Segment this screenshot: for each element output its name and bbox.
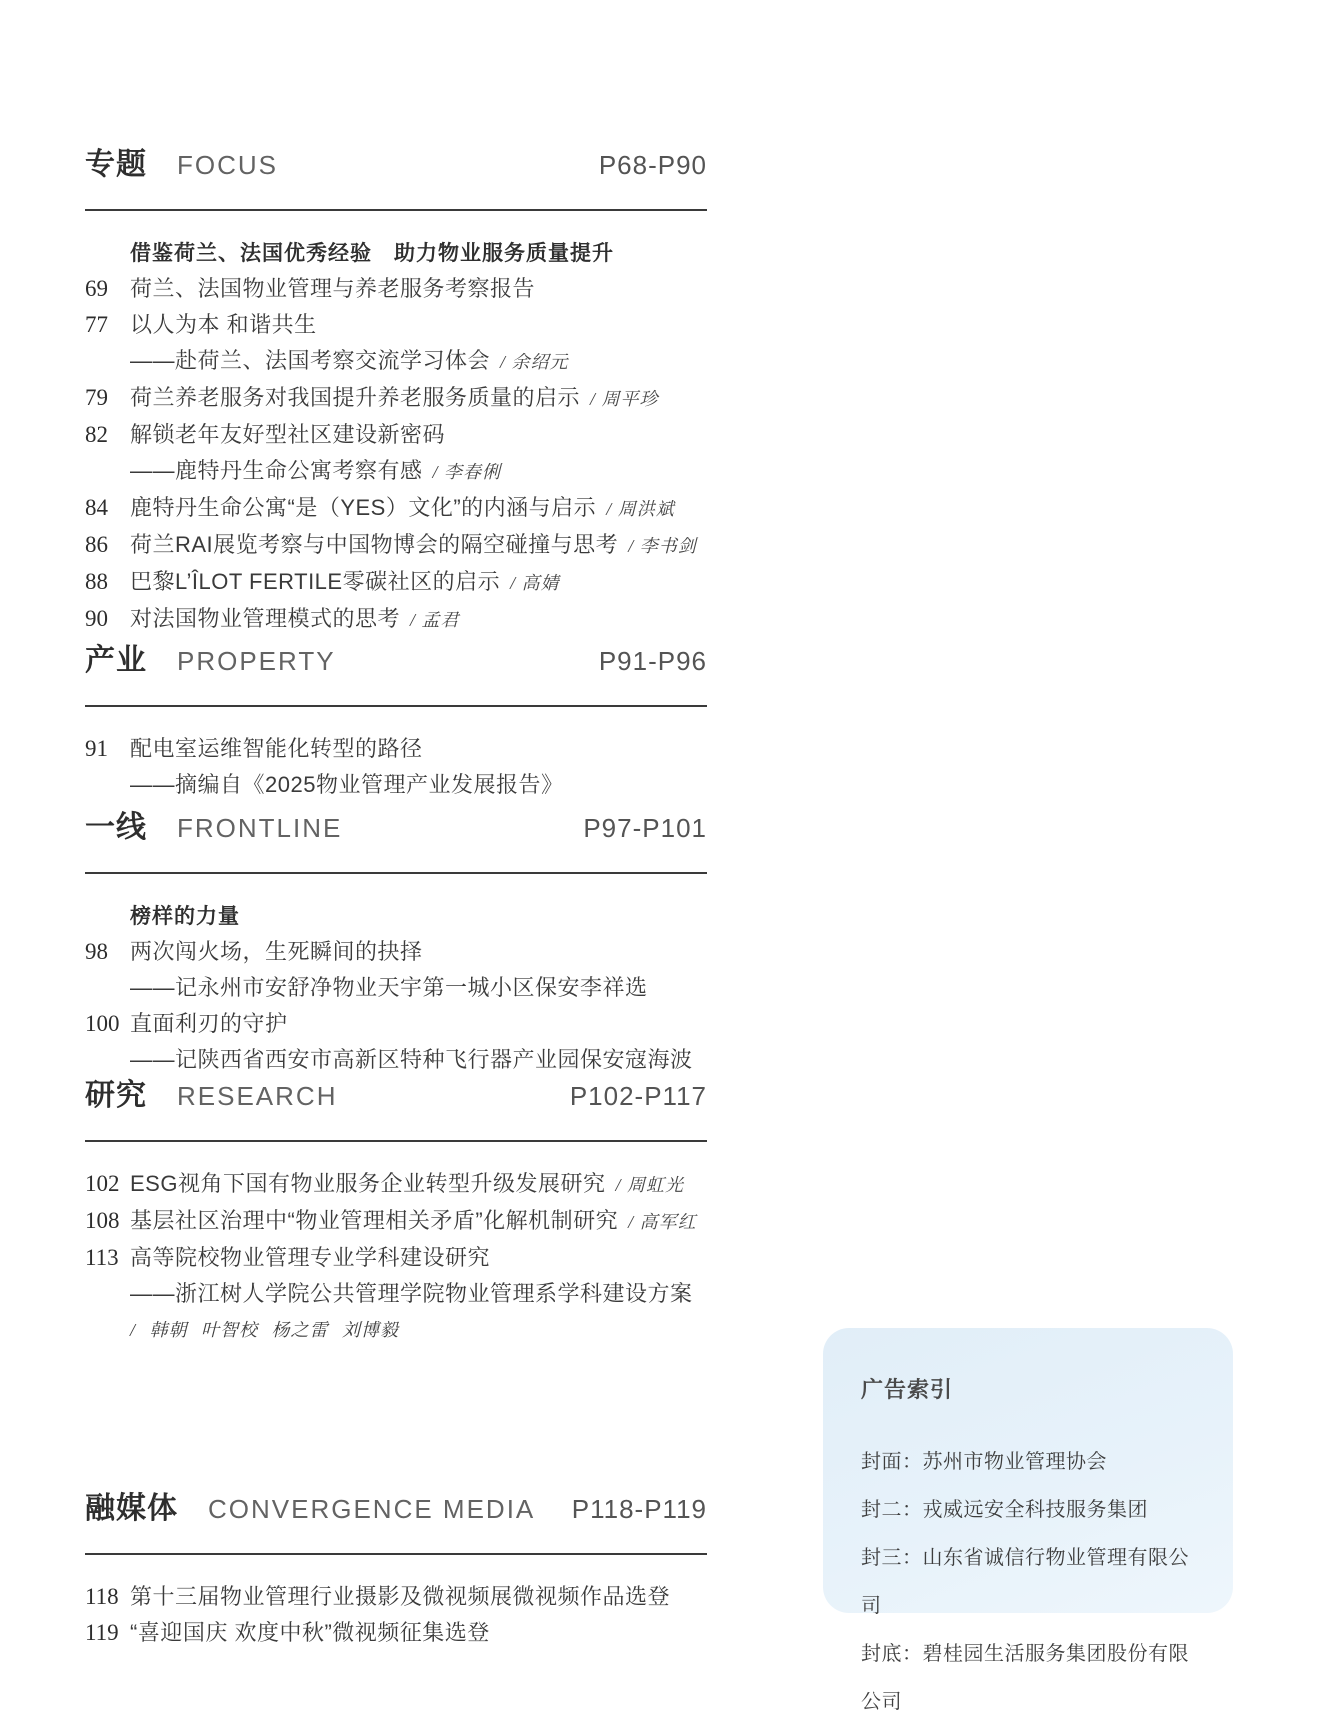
entry-page-number: 119: [85, 1615, 130, 1651]
ad-index-panel: 广告索引 封面：苏州市物业管理协会封二：戎威远安全科技服务集团封三：山东省诚信行…: [823, 1328, 1233, 1613]
entry-title: 两次闯火场，生死瞬间的抉择: [130, 934, 423, 970]
entry-author: / 周平珍: [590, 381, 659, 417]
entry-title: ——记陕西省西安市高新区特种飞行器产业园保安寇海波: [130, 1042, 693, 1078]
entry-title: ——记永州市安舒净物业天宇第一城小区保安李祥选: [130, 970, 648, 1006]
toc-continuation-line: ——赴荷兰、法国考察交流学习体会/ 余绍元: [85, 343, 707, 380]
ad-index-item: 封底：碧桂园生活服务集团股份有限公司: [861, 1630, 1203, 1726]
entry-title: ——鹿特丹生命公寓考察有感: [130, 453, 423, 489]
ad-index-item: 封二：戎威远安全科技服务集团: [861, 1486, 1203, 1534]
toc-subtitle: 借鉴荷兰、法国优秀经验 助力物业服务质量提升: [85, 235, 707, 271]
entry-page-number: 77: [85, 307, 130, 343]
entry-page-number: 102: [85, 1166, 130, 1202]
entry-page-number: 69: [85, 271, 130, 307]
entry-page-number: 79: [85, 380, 130, 416]
section-title-en: PROPERTY: [177, 643, 336, 679]
entry-author: / 余绍元: [500, 344, 569, 380]
section-title-en: CONVERGENCE MEDIA: [208, 1491, 535, 1527]
entry-title: 直面利刃的守护: [130, 1006, 288, 1042]
entry-title: 鹿特丹生命公寓“是（YES）文化”的内涵与启示: [130, 490, 596, 526]
section-entries: 102ESG视角下国有物业服务企业转型升级发展研究/ 周虹光108基层社区治理中…: [85, 1166, 707, 1348]
section-entries: 榜样的力量98两次闯火场，生死瞬间的抉择——记永州市安舒净物业天宇第一城小区保安…: [85, 898, 707, 1078]
entry-title: 荷兰、法国物业管理与养老服务考察报告: [130, 271, 535, 307]
toc-continuation-line: ——浙江树人学院公共管理学院物业管理系学科建设方案: [85, 1276, 707, 1312]
entry-title: ——摘编自《2025物业管理产业发展报告》: [130, 767, 563, 803]
entry-title: / 韩朝 叶智校 杨之雷 刘博毅: [130, 1312, 399, 1348]
entry-author: / 周洪斌: [606, 491, 675, 527]
entry-page-number: 90: [85, 601, 130, 637]
entry-page-number: 91: [85, 731, 130, 767]
entry-page-number: 98: [85, 934, 130, 970]
entry-author: / 李春俐: [433, 454, 502, 490]
toc-continuation-line: ——鹿特丹生命公寓考察有感/ 李春俐: [85, 453, 707, 490]
entry-title: 荷兰养老服务对我国提升养老服务质量的启示: [130, 380, 580, 416]
section-title-en: RESEARCH: [177, 1078, 337, 1114]
section-rule: [85, 209, 707, 211]
ad-index-list: 封面：苏州市物业管理协会封二：戎威远安全科技服务集团封三：山东省诚信行物业管理有…: [861, 1438, 1203, 1726]
toc-continuation-line: ——记陕西省西安市高新区特种飞行器产业园保安寇海波: [85, 1042, 707, 1078]
section-header: 专题FOCUSP68-P90: [85, 147, 707, 183]
toc-entry: 82解锁老年友好型社区建设新密码: [85, 417, 707, 453]
magazine-toc-page: 专题FOCUSP68-P90借鉴荷兰、法国优秀经验 助力物业服务质量提升69荷兰…: [0, 0, 1330, 1728]
toc-entry: 108基层社区治理中“物业管理相关矛盾”化解机制研究/ 高军红: [85, 1203, 707, 1240]
section-title-zh: 融媒体: [85, 1491, 178, 1527]
entry-page-number: 118: [85, 1579, 130, 1615]
toc-entry: 90对法国物业管理模式的思考/ 孟君: [85, 601, 707, 638]
toc-section-frontline: 一线FRONTLINEP97-P101榜样的力量98两次闯火场，生死瞬间的抉择—…: [85, 810, 707, 1078]
section-header: 一线FRONTLINEP97-P101: [85, 810, 707, 846]
toc-entry: 88巴黎L’ÎLOT FERTILE零碳社区的启示/ 高婧: [85, 564, 707, 601]
ad-index-heading: 广告索引: [861, 1373, 1203, 1404]
entry-page-number: 108: [85, 1203, 130, 1239]
entry-title: ESG视角下国有物业服务企业转型升级发展研究: [130, 1166, 605, 1202]
toc-entry: 77以人为本 和谐共生: [85, 307, 707, 343]
toc-subtitle: 榜样的力量: [85, 898, 707, 934]
ad-index-item: 封面：苏州市物业管理协会: [861, 1438, 1203, 1486]
entry-title: 配电室运维智能化转型的路径: [130, 731, 423, 767]
entry-title: 解锁老年友好型社区建设新密码: [130, 417, 445, 453]
section-rule: [85, 1140, 707, 1142]
entry-title: 高等院校物业管理专业学科建设研究: [130, 1240, 490, 1276]
toc-section-focus: 专题FOCUSP68-P90借鉴荷兰、法国优秀经验 助力物业服务质量提升69荷兰…: [85, 147, 707, 638]
entry-title: 第十三届物业管理行业摄影及微视频展微视频作品选登: [130, 1579, 670, 1615]
section-header: 研究RESEARCHP102-P117: [85, 1078, 707, 1114]
toc-entry: 84鹿特丹生命公寓“是（YES）文化”的内涵与启示/ 周洪斌: [85, 490, 707, 527]
entry-title: 对法国物业管理模式的思考: [130, 601, 400, 637]
section-title-zh: 一线: [85, 810, 147, 846]
entry-author: / 周虹光: [615, 1167, 684, 1203]
toc-section-property: 产业PROPERTYP91-P9691配电室运维智能化转型的路径——摘编自《20…: [85, 643, 707, 803]
entry-title: “喜迎国庆 欢度中秋”微视频征集选登: [130, 1615, 490, 1651]
section-title-zh: 专题: [85, 147, 147, 183]
section-header: 产业PROPERTYP91-P96: [85, 643, 707, 679]
toc-entry: 91配电室运维智能化转型的路径: [85, 731, 707, 767]
toc-authors-line: / 韩朝 叶智校 杨之雷 刘博毅: [85, 1312, 707, 1348]
toc-section-research: 研究RESEARCHP102-P117102ESG视角下国有物业服务企业转型升级…: [85, 1078, 707, 1348]
section-rule: [85, 705, 707, 707]
section-page-range: P102-P117: [570, 1078, 707, 1114]
toc-continuation-line: ——记永州市安舒净物业天宇第一城小区保安李祥选: [85, 970, 707, 1006]
toc-continuation-line: ——摘编自《2025物业管理产业发展报告》: [85, 767, 707, 803]
toc-section-convergence-media: 融媒体CONVERGENCE MEDIAP118-P119118第十三届物业管理…: [85, 1491, 707, 1651]
section-rule: [85, 872, 707, 874]
section-page-range: P68-P90: [599, 147, 707, 183]
ad-index-item: 封三：山东省诚信行物业管理有限公司: [861, 1534, 1203, 1630]
toc-entry: 86荷兰RAI展览考察与中国物博会的隔空碰撞与思考/ 李书剑: [85, 527, 707, 564]
entry-page-number: 113: [85, 1240, 130, 1276]
entry-author: / 孟君: [410, 602, 460, 638]
entry-page-number: 88: [85, 564, 130, 600]
toc-entry: 69荷兰、法国物业管理与养老服务考察报告: [85, 271, 707, 307]
section-entries: 借鉴荷兰、法国优秀经验 助力物业服务质量提升69荷兰、法国物业管理与养老服务考察…: [85, 235, 707, 638]
toc-entry: 113高等院校物业管理专业学科建设研究: [85, 1240, 707, 1276]
section-title-zh: 产业: [85, 643, 147, 679]
entry-page-number: 82: [85, 417, 130, 453]
toc-entry: 98两次闯火场，生死瞬间的抉择: [85, 934, 707, 970]
section-rule: [85, 1553, 707, 1555]
toc-entry: 119“喜迎国庆 欢度中秋”微视频征集选登: [85, 1615, 707, 1651]
entry-title: ——赴荷兰、法国考察交流学习体会: [130, 343, 490, 379]
entry-title: 巴黎L’ÎLOT FERTILE零碳社区的启示: [130, 564, 500, 600]
section-header: 融媒体CONVERGENCE MEDIAP118-P119: [85, 1491, 707, 1527]
section-title-en: FOCUS: [177, 147, 278, 183]
entry-title: 榜样的力量: [130, 898, 240, 934]
entry-title: 荷兰RAI展览考察与中国物博会的隔空碰撞与思考: [130, 527, 618, 563]
toc-entry: 79荷兰养老服务对我国提升养老服务质量的启示/ 周平珍: [85, 380, 707, 417]
section-page-range: P97-P101: [583, 810, 707, 846]
section-title-zh: 研究: [85, 1078, 147, 1114]
entry-title: 借鉴荷兰、法国优秀经验 助力物业服务质量提升: [130, 235, 614, 271]
entry-author: / 高军红: [628, 1204, 697, 1240]
toc-entry: 102ESG视角下国有物业服务企业转型升级发展研究/ 周虹光: [85, 1166, 707, 1203]
entry-page-number: 86: [85, 527, 130, 563]
section-page-range: P91-P96: [599, 643, 707, 679]
entry-page-number: 100: [85, 1006, 130, 1042]
section-title-en: FRONTLINE: [177, 810, 342, 846]
entry-title: 基层社区治理中“物业管理相关矛盾”化解机制研究: [130, 1203, 618, 1239]
toc-entry: 118第十三届物业管理行业摄影及微视频展微视频作品选登: [85, 1579, 707, 1615]
toc-entry: 100直面利刃的守护: [85, 1006, 707, 1042]
entry-page-number: 84: [85, 490, 130, 526]
entry-title: 以人为本 和谐共生: [130, 307, 317, 343]
entry-title: ——浙江树人学院公共管理学院物业管理系学科建设方案: [130, 1276, 693, 1312]
section-entries: 91配电室运维智能化转型的路径——摘编自《2025物业管理产业发展报告》: [85, 731, 707, 803]
entry-author: / 李书剑: [628, 528, 697, 564]
entry-author: / 高婧: [510, 565, 560, 601]
section-page-range: P118-P119: [572, 1491, 707, 1527]
section-entries: 118第十三届物业管理行业摄影及微视频展微视频作品选登119“喜迎国庆 欢度中秋…: [85, 1579, 707, 1651]
